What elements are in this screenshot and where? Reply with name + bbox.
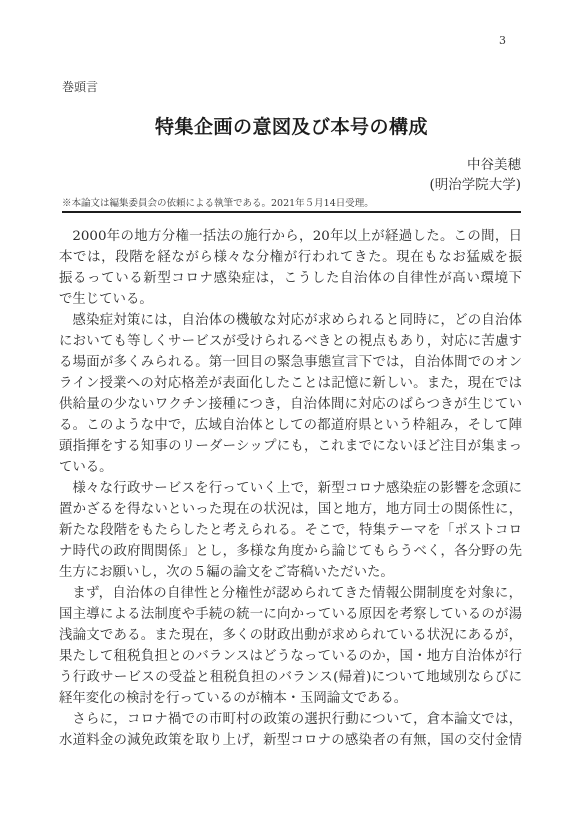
- body-text-line: る場面が多くみられる。第一回目の緊急事態宣言下では，自治体間でのオン: [59, 352, 522, 373]
- header-divider: [62, 211, 521, 213]
- byline: 中谷美穂 (明治学院大学): [429, 155, 521, 195]
- body-text-line: 生方にお願いし，次の５編の論文をご寄稿いただいた。: [59, 562, 522, 583]
- body-text-line: 頭指揮をする知事のリーダーシップにも，これまでにないほど注目が集まっ: [59, 436, 522, 457]
- page-number: 3: [499, 34, 506, 47]
- body-text-line: 置かざるを得ないといった現在の状況は，国と地方，地方同士の関係性に，: [59, 499, 522, 520]
- body-text-line: 経年変化の検討を行っているのが楠本・玉岡論文である。: [59, 688, 522, 709]
- body-text-line: 感染症対策には，自治体の機敏な対応が求められると同時に，どの自治体: [59, 310, 522, 331]
- author-affiliation: (明治学院大学): [429, 175, 521, 195]
- body-text-line: ライン授業への対応格差が表面化したことは記憶に新しい。また，現在では: [59, 373, 522, 394]
- body-text-line: ている。: [59, 457, 522, 478]
- body-text-line: 様々な行政サービスを行っていく上で，新型コロナ感染症の影響を念頭に: [59, 478, 522, 499]
- body-text-line: 新たな段階をもたらしたと考えられる。そこで，特集テーマを「ポストコロ: [59, 520, 522, 541]
- acceptance-footnote: ※本論文は編集委員会の依頼による執筆である。2021年５月14日受理。: [62, 195, 522, 209]
- document-page: 3 巻頭言 特集企画の意図及び本号の構成 中谷美穂 (明治学院大学) ※本論文は…: [0, 0, 583, 827]
- body-text-line: さらに，コロナ禍での市町村の政策の選択行動について，倉本論文では，: [59, 709, 522, 730]
- body-text-line: 2000年の地方分権一括法の施行から，20年以上が経過した。この間，日: [59, 226, 522, 247]
- body-text-line: る。このような中で，広域自治体としての都道府県という枠組み，そして陣: [59, 415, 522, 436]
- body-text-line: 水道料金の減免政策を取り上げ，新型コロナの感染者の有無，国の交付金情: [59, 730, 522, 751]
- body-text-line: まず，自治体の自律性と分権性が認められてきた情報公開制度を対象に，: [59, 583, 522, 604]
- body-text-line: 国主導による法制度や手続の統一に向かっている原因を考察しているのが湯: [59, 604, 522, 625]
- section-label: 巻頭言: [62, 78, 98, 95]
- body-text-line: で生じている。: [59, 289, 522, 310]
- body-text-line: ナ時代の政府間関係」とし，多様な角度から論じてもらうべく，各分野の先: [59, 541, 522, 562]
- author-name: 中谷美穂: [429, 155, 521, 175]
- body-text-line: 供給量の少ないワクチン接種につき，自治体間に対応のばらつきが生じてい: [59, 394, 522, 415]
- article-title: 特集企画の意図及び本号の構成: [0, 112, 583, 139]
- article-body: 2000年の地方分権一括法の施行から，20年以上が経過した。この間，日本では，段…: [59, 226, 522, 751]
- body-text-line: う行政サービスの受益と租税負担のバランス(帰着)について地域別ならびに: [59, 667, 522, 688]
- body-text-line: においても等しくサービスが受けられるべきとの視点もあり，対応に苦慮す: [59, 331, 522, 352]
- body-text-line: 本では，段階を経ながら様々な分権が行われてきた。現在もなお猛威を振: [59, 247, 522, 268]
- body-text-line: 果たして租税負担とのバランスはどうなっているのか，国・地方自治体が行: [59, 646, 522, 667]
- body-text-line: 振るっている新型コロナ感染症は，こうした自治体の自律性が高い環境下: [59, 268, 522, 289]
- body-text-line: 浅論文である。また現在，多くの財政出動が求められている状況にあるが，: [59, 625, 522, 646]
